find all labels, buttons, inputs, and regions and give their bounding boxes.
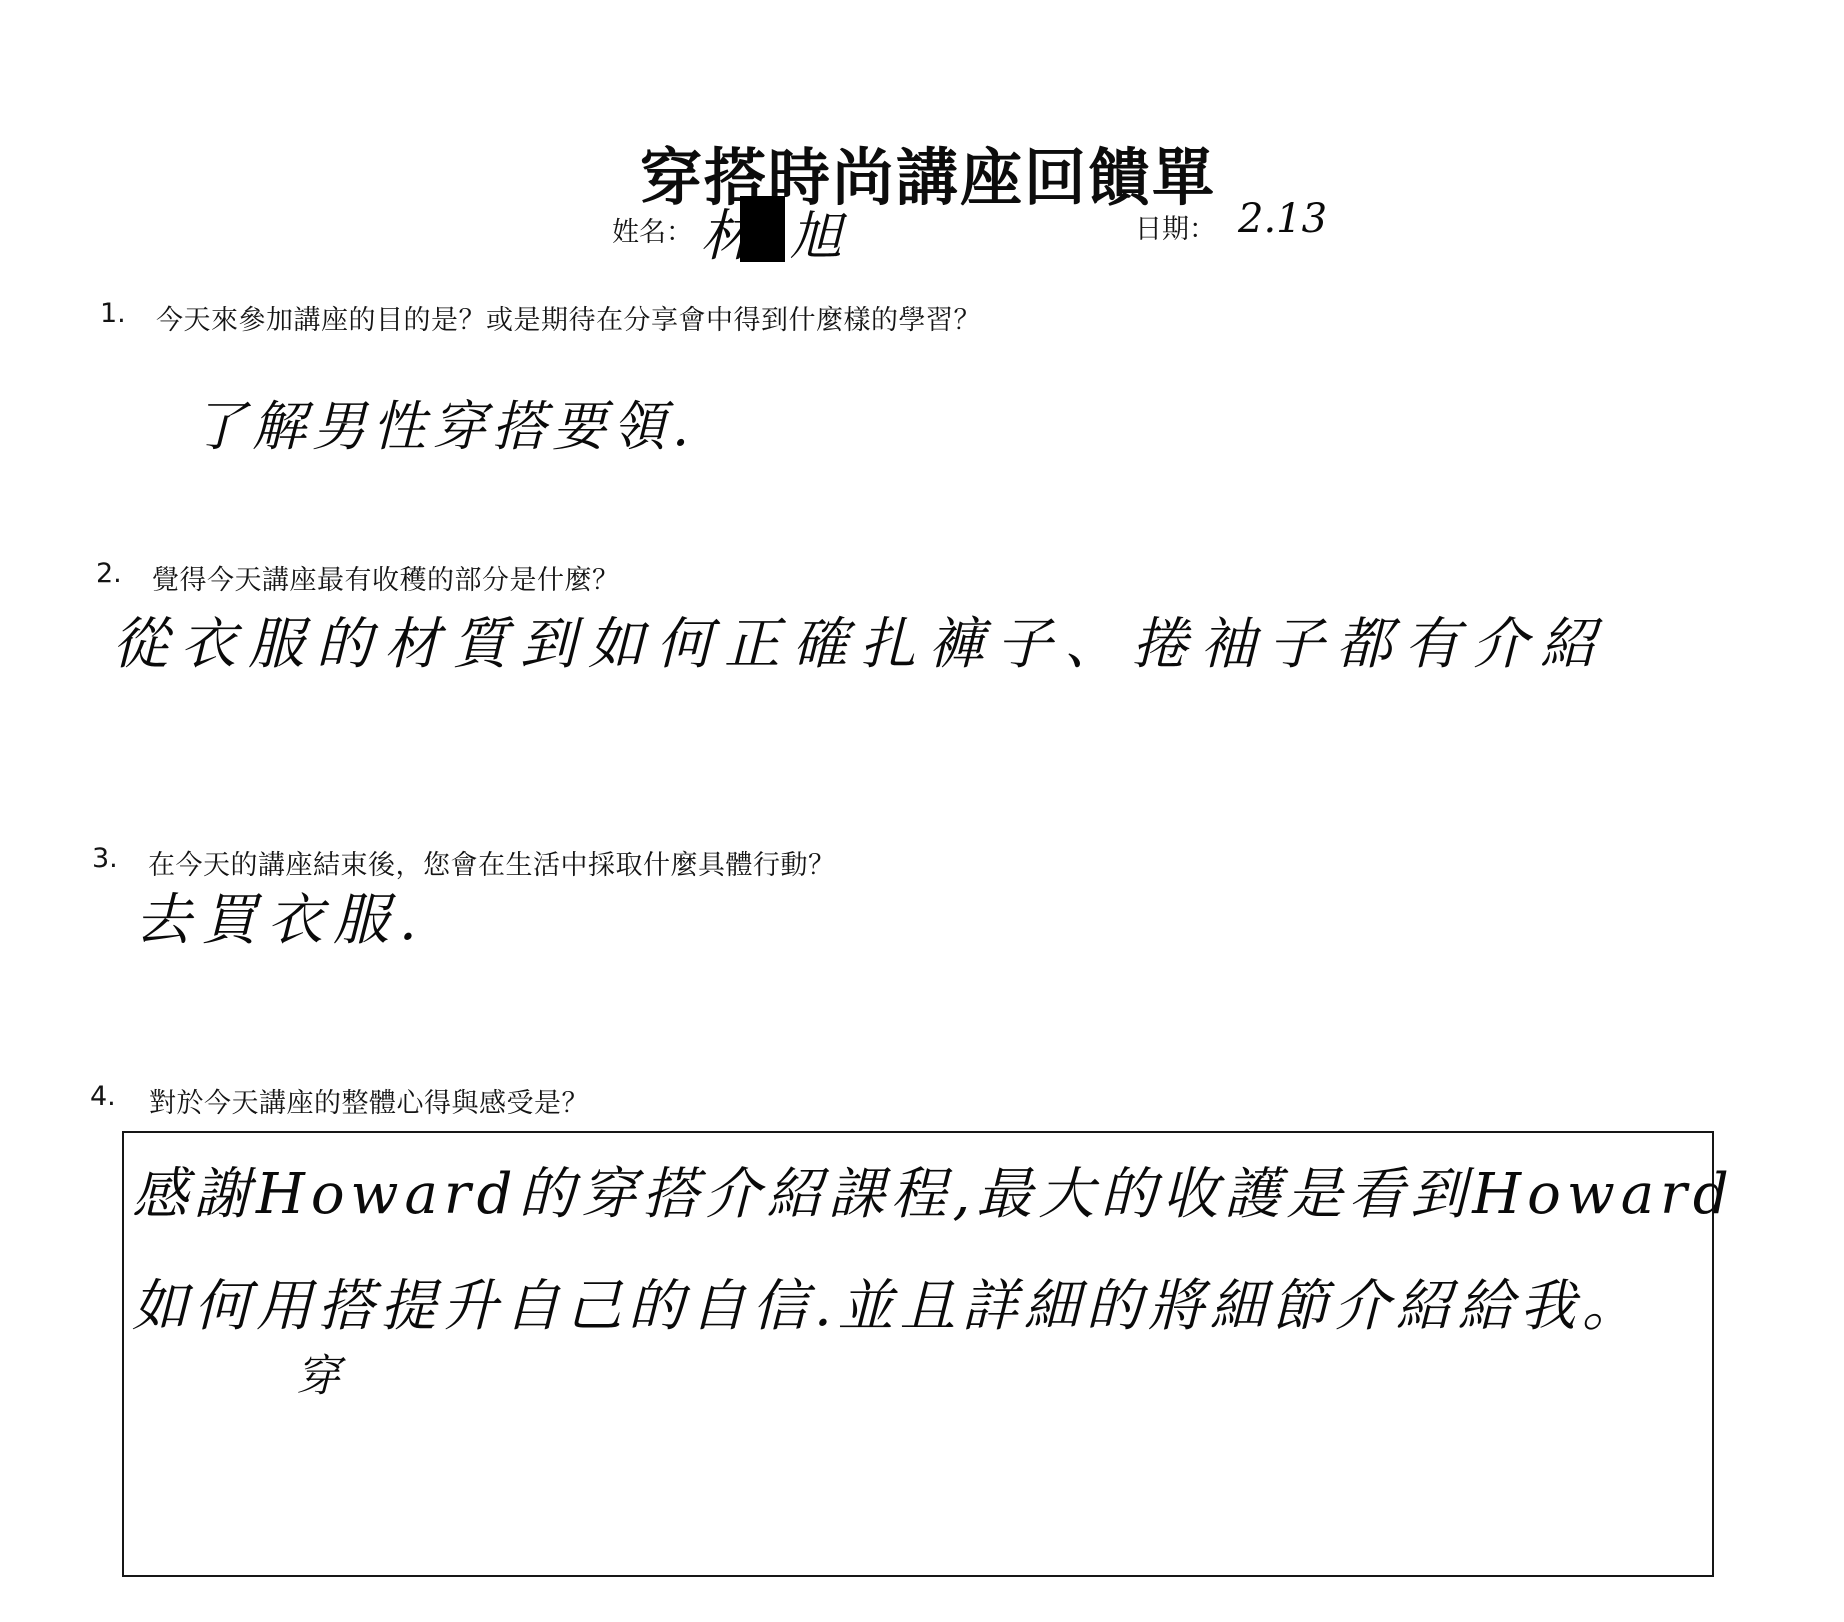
question-4-answer-line-2: 如何用搭提升自己的自信.並且詳細的將細節介紹給我。 — [132, 1262, 1644, 1342]
question-4-answer-insertion: 穿 — [296, 1340, 340, 1404]
question-1-number: 1. — [100, 298, 126, 329]
question-4-number: 4. — [90, 1081, 116, 1112]
question-4-text: 對於今天講座的整體心得與感受是？ — [149, 1081, 589, 1120]
question-1-text: 今天來參加講座的目的是？或是期待在分享會中得到什麼樣的學習？ — [156, 298, 981, 337]
question-2-number: 2. — [96, 558, 122, 589]
question-4-answer-line-1: 感謝Howard的穿搭介紹課程,最大的收護是看到Howard — [132, 1150, 1735, 1230]
name-redaction-block — [740, 196, 785, 262]
date-label: 日期： — [1135, 207, 1216, 246]
name-value-last: 旭 — [790, 194, 842, 269]
question-3-answer: 去買衣服. — [135, 876, 427, 956]
date-value: 2.13 — [1238, 196, 1327, 242]
question-2-text: 覺得今天講座最有收穫的部分是什麼？ — [152, 558, 620, 597]
question-3-number: 3. — [92, 843, 118, 874]
question-1-answer: 了解男性穿搭要領. — [192, 384, 695, 461]
question-2-answer: 從衣服的材質到如何正確扎褲子、捲袖子都有介紹 — [112, 600, 1608, 680]
name-label: 姓名： — [612, 210, 693, 249]
